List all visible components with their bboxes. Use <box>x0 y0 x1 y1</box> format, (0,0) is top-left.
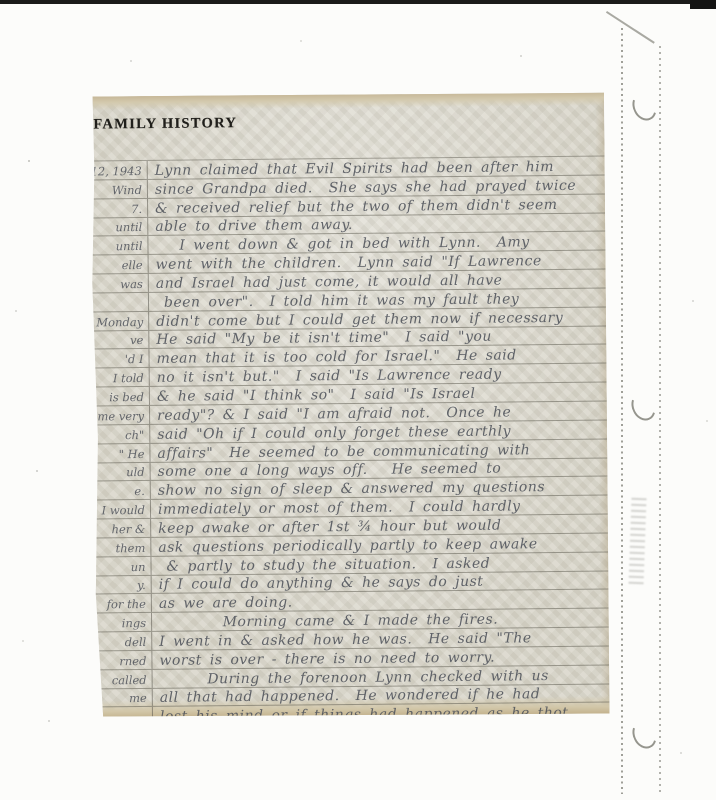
margin-note: un <box>94 557 151 575</box>
binder-ring-hole-top <box>628 89 661 125</box>
binder-ring-hole-middle <box>627 389 660 425</box>
margin-note: ch" <box>93 425 150 443</box>
journal-rows: Jan 12, 1943 Lynn claimed that Evil Spir… <box>91 156 611 746</box>
dust-speckles <box>28 160 30 162</box>
scanned-document-view: FAMILY HISTORY Jan 12, 1943 Lynn claimed… <box>0 0 716 800</box>
margin-note: Wind <box>91 180 148 198</box>
margin-note: until <box>91 236 148 254</box>
margin-note: e. <box>94 481 151 499</box>
margin-note <box>96 726 153 744</box>
perforation-dots-right <box>659 46 661 792</box>
margin-note: I told <box>93 368 150 386</box>
journal-page: FAMILY HISTORY Jan 12, 1943 Lynn claimed… <box>90 92 610 719</box>
scanner-edge-corner <box>690 0 716 9</box>
margin-note <box>92 293 149 311</box>
journal-line: lost his mind or if things had happened … <box>96 703 610 727</box>
margin-note: dell <box>95 632 152 650</box>
handwritten-text: lost his mind or if things had happened … <box>153 705 610 725</box>
handwritten-text <box>153 740 610 744</box>
margin-note: 7. <box>91 199 148 217</box>
margin-note: ings <box>95 613 152 631</box>
margin-note: elle <box>92 255 149 273</box>
margin-note: 'd I <box>92 349 149 367</box>
margin-note: was <box>92 274 149 292</box>
margin-note: uld <box>94 462 151 480</box>
sheet-protector-corner-fold <box>606 11 655 44</box>
margin-note <box>96 707 153 725</box>
margin-note: ve <box>92 331 149 349</box>
margin-note: called <box>96 670 153 688</box>
margin-note: for the <box>95 594 152 612</box>
scanner-edge-strip <box>0 0 716 4</box>
page-header-title: FAMILY HISTORY <box>93 115 237 133</box>
margin-note: I would <box>94 500 151 518</box>
journal-line <box>96 722 610 746</box>
margin-note: rned <box>95 651 152 669</box>
margin-note: me very <box>93 406 150 424</box>
margin-note: is bed <box>93 387 150 405</box>
perforation-dots-left <box>621 28 623 794</box>
faint-print-smudge <box>628 498 646 586</box>
binder-ring-hole-bottom <box>628 717 661 753</box>
margin-note: me <box>96 689 153 707</box>
margin-note: y. <box>95 575 152 593</box>
margin-note: Monday <box>92 312 149 330</box>
margin-note: " He <box>93 444 150 462</box>
margin-note: until <box>91 217 148 235</box>
margin-note: Jan 12, 1943 <box>91 161 148 179</box>
margin-note: her & <box>94 519 151 537</box>
margin-note: them <box>94 538 151 556</box>
